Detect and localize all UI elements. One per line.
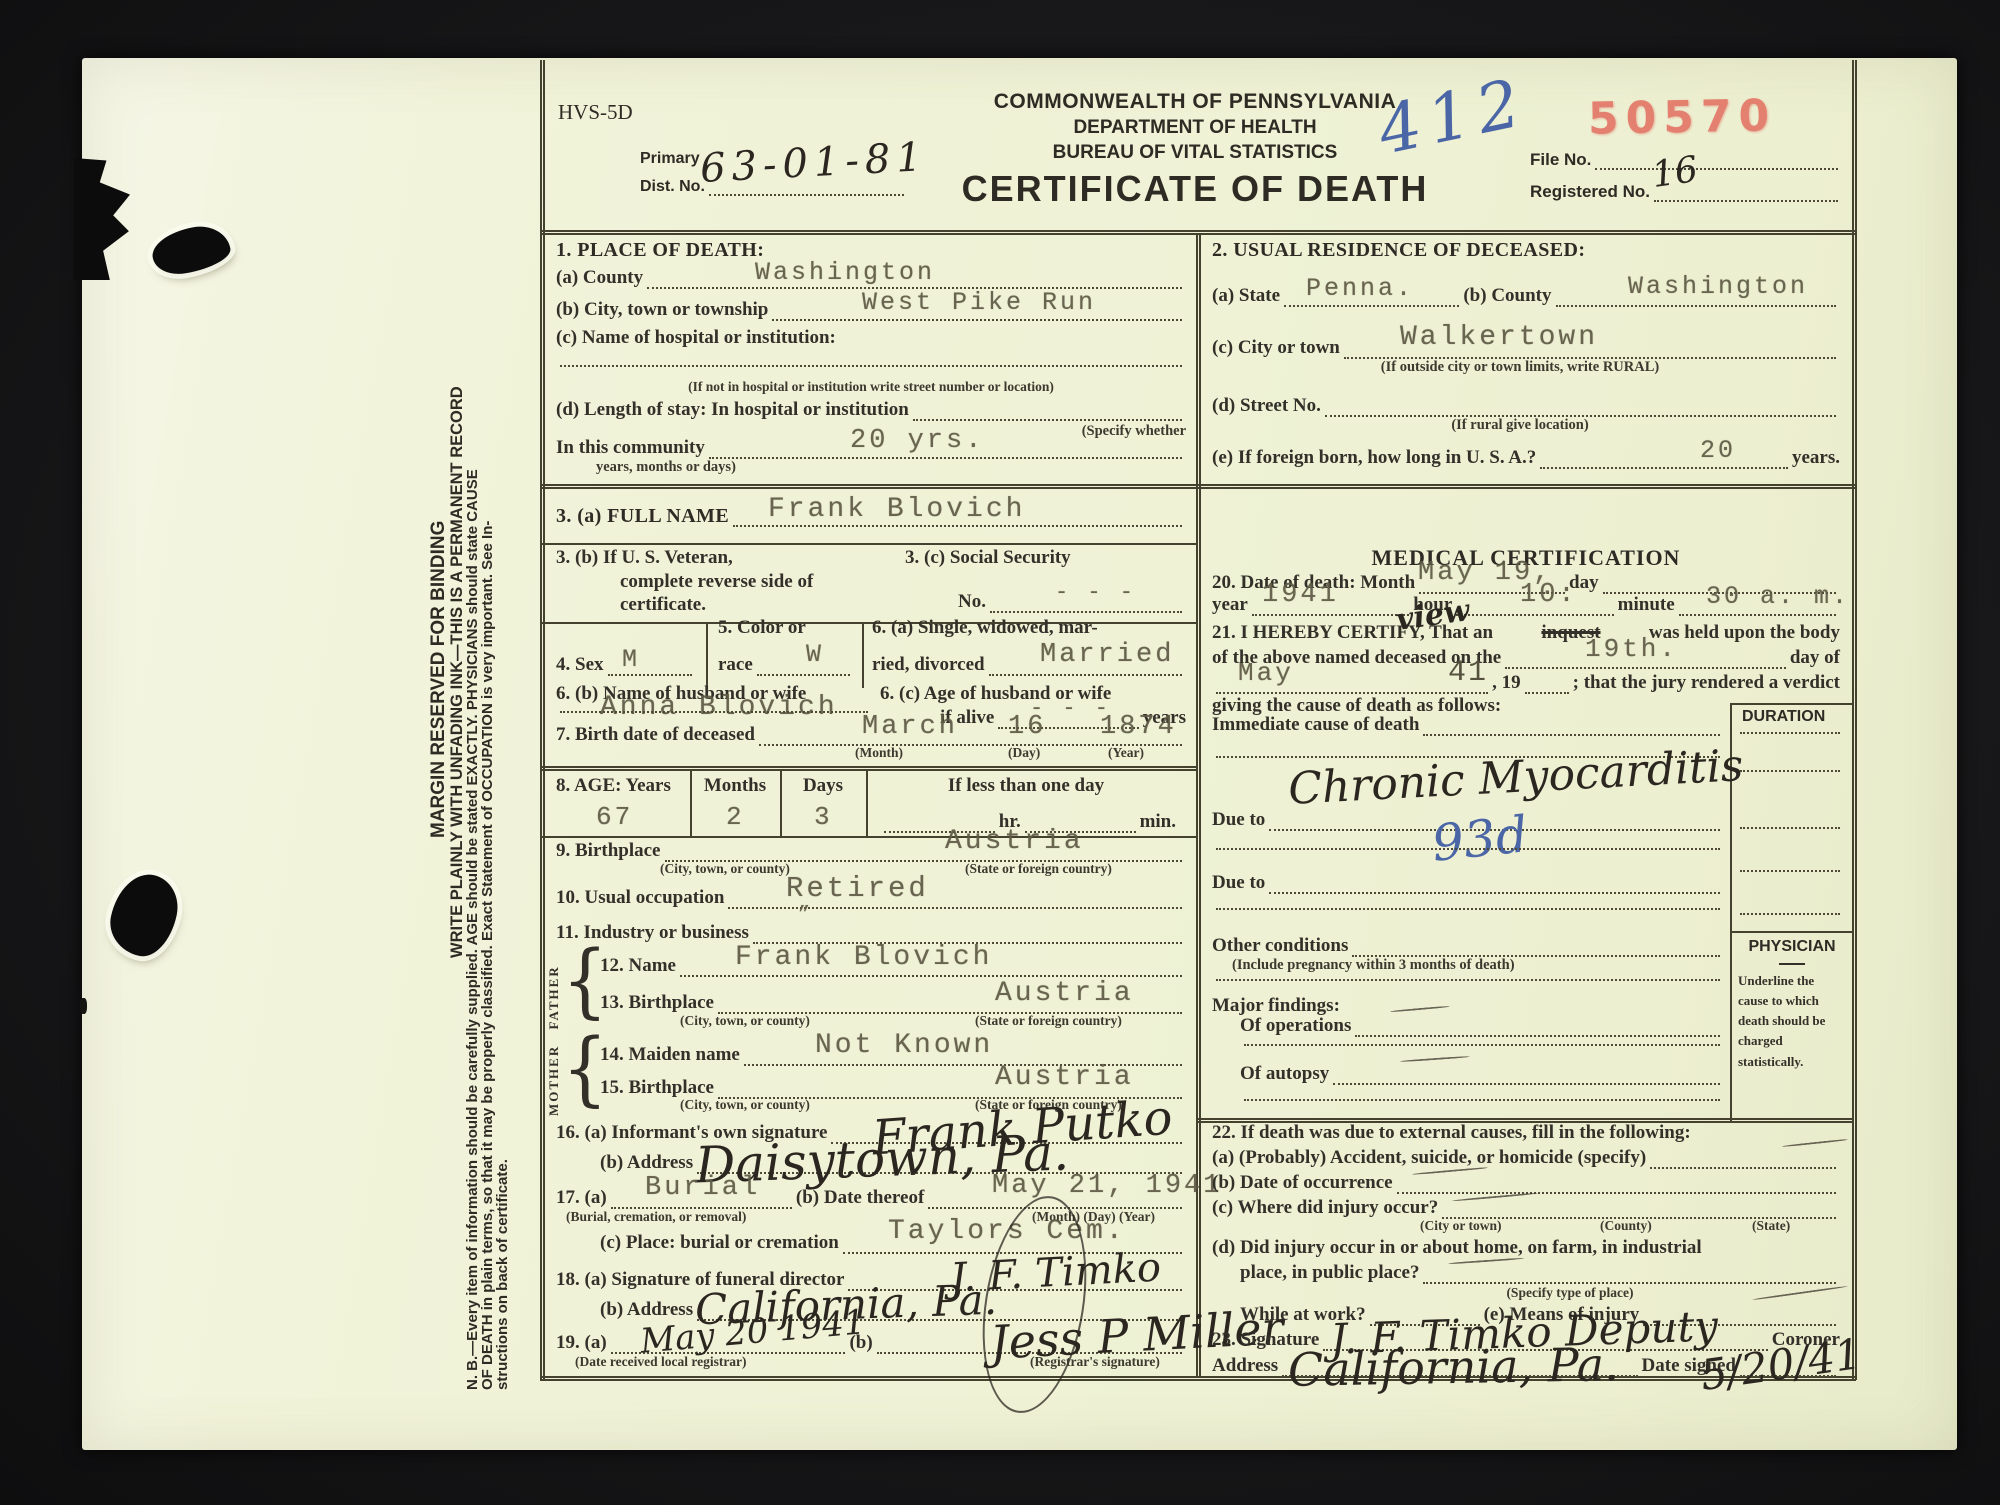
color-line: [757, 671, 850, 676]
color-row: race: [718, 655, 854, 676]
sex-line: [608, 671, 693, 676]
registered-no-label: Registered No.: [1530, 182, 1650, 202]
operations-blank-row: [1240, 1041, 1724, 1046]
birthplace-value: Austria: [945, 826, 1084, 857]
ssn-no-label: No.: [958, 592, 986, 613]
duration-dotted-1: [1740, 729, 1840, 734]
major-findings-label: Major findings:: [1212, 996, 1340, 1017]
s1-county-label: (a) County: [556, 268, 643, 289]
registered-no-value: 16: [1649, 149, 1700, 196]
coroner-address-label: Address: [1212, 1356, 1278, 1377]
other-conditions-label: Other conditions: [1212, 936, 1348, 957]
birthdate-label: 7. Birth date of deceased: [556, 725, 755, 746]
ssn-label: 3. (c) Social Security: [905, 548, 1071, 569]
fullname-rule: [540, 543, 1198, 545]
certify-text-3a: , 19: [1492, 673, 1521, 694]
mother-name-value: Not Known: [815, 1030, 993, 1061]
s2-state-label: (a) State: [1212, 286, 1280, 307]
form-right-border: [1852, 60, 1857, 1380]
color-marital-divider: [862, 624, 864, 688]
marital-label-1: 6. (a) Single, widowed, mar-: [872, 618, 1098, 639]
s1-community-label: In this community: [556, 438, 705, 459]
burial-date-value: May 21, 1941: [992, 1171, 1222, 1201]
due-to-label-2: Due to: [1212, 873, 1265, 894]
age-min-label: min.: [1140, 812, 1176, 833]
father-name-value: Frank Blovich: [735, 942, 992, 973]
s1-hospital-label: (c) Name of hospital or institution:: [556, 328, 836, 349]
external-title: 22. If death was due to external causes,…: [1212, 1123, 1691, 1144]
cause-blank-row-2: [1212, 845, 1724, 850]
registered-no-line: [1654, 197, 1838, 202]
operations-blank-line: [1244, 1041, 1720, 1046]
form-code: HVS-5D: [558, 100, 633, 125]
s1-hospital-line-row: [556, 362, 1186, 367]
autopsy-blank-row: [1240, 1096, 1724, 1101]
form-center-border: [1196, 234, 1201, 1378]
external-d-row: place, in public place?: [1240, 1263, 1840, 1284]
veteran-label-2: complete reverse side of: [620, 572, 813, 593]
sex-label: 4. Sex: [556, 655, 604, 676]
s1-city-value: West Pike Run: [862, 288, 1096, 317]
cause-blank-line-3: [1216, 905, 1720, 910]
birthdate-day: 16: [1008, 712, 1046, 742]
burial-value: Burial: [645, 1173, 760, 1203]
s1-hospital-note: (If not in hospital or institution write…: [556, 380, 1186, 395]
death-minute-label: minute: [1618, 595, 1675, 616]
father-birthplace-note-2: (State or foreign country): [975, 1014, 1122, 1029]
certify-day-line: [1505, 664, 1786, 669]
file-number-stamp: 50570: [1588, 90, 1777, 144]
coroner-address-value: California, Pa.: [1288, 1337, 1620, 1397]
death-minute-line: [1679, 611, 1836, 616]
s2-street-label: (d) Street No.: [1212, 396, 1321, 417]
birthdate-month: March: [862, 712, 958, 742]
s2-foreign-suffix: years.: [1792, 448, 1840, 469]
veteran-rule: [540, 622, 1198, 624]
external-b-line: [1397, 1189, 1836, 1194]
s2-foreign-value: 20: [1700, 436, 1736, 465]
other-blank-row: [1212, 976, 1724, 981]
margin-note-binding: MARGIN RESERVED FOR BINDING: [428, 566, 450, 838]
death-year-label: year: [1212, 595, 1248, 616]
spouse-line: [560, 708, 868, 713]
duration-dotted-3: [1740, 824, 1840, 829]
ssn-line: [990, 608, 1182, 613]
edge-mark: [80, 998, 87, 1014]
other-conditions-row: Other conditions: [1212, 936, 1724, 957]
other-conditions-line: [1352, 952, 1720, 957]
burial-place-label: (c) Place: burial or cremation: [600, 1233, 839, 1254]
s2-county-value: Washington: [1628, 272, 1808, 301]
autopsy-row: Of autopsy: [1240, 1064, 1724, 1085]
external-b-label: (b) Date of occurrence: [1212, 1173, 1393, 1194]
other-blank-line: [1216, 976, 1720, 981]
spouse-line-row: [556, 708, 872, 713]
mother-birthplace-note-1: (City, town, or county): [680, 1098, 810, 1113]
burial-date-label: (b) Date thereof: [796, 1188, 924, 1209]
age-months-value: 2: [726, 802, 745, 832]
death-hour-line: [1456, 611, 1613, 616]
s2-street-note: (If rural give location): [1300, 418, 1740, 434]
s1-community-note: years, months or days): [596, 460, 736, 476]
father-birthplace-value: Austria: [995, 978, 1134, 1009]
s1-stay-row: (d) Length of stay: In hospital or insti…: [556, 400, 1186, 421]
external-c-note-2: (County): [1600, 1219, 1652, 1234]
s1-hospital-line: [560, 362, 1182, 367]
fullname-value: Frank Blovich: [768, 494, 1025, 525]
certify-month-value: May: [1238, 658, 1294, 688]
dist-no-line: [709, 191, 904, 196]
external-a-row: (a) (Probably) Accident, suicide, or hom…: [1212, 1148, 1840, 1169]
external-d-label-2: place, in public place?: [1240, 1263, 1419, 1284]
father-birthplace-note-1: (City, town, or county): [680, 1014, 810, 1029]
autopsy-label: Of autopsy: [1240, 1064, 1329, 1085]
color-label-1: 5. Color or: [718, 618, 806, 639]
physician-box: PHYSICIAN Underline the cause to which d…: [1738, 938, 1846, 1072]
certify-year-value: 41: [1448, 656, 1488, 690]
father-name-label: 12. Name: [600, 956, 676, 977]
external-c-note-3: (State): [1752, 1219, 1790, 1234]
registrar-date-note: (Date received local registrar): [575, 1355, 747, 1370]
external-a-label: (a) (Probably) Accident, suicide, or hom…: [1212, 1148, 1646, 1169]
external-d-label-1: (d) Did injury occur in or about home, o…: [1212, 1238, 1702, 1259]
registrar-sig-note: (Registrar's signature): [1030, 1355, 1160, 1370]
duration-label: DURATION: [1742, 708, 1825, 726]
duration-dotted-2: [1740, 767, 1840, 772]
certify-day-value: 19th.: [1585, 634, 1678, 664]
autopsy-blank-line: [1244, 1096, 1720, 1101]
occupation-label: 10. Usual occupation: [556, 888, 724, 909]
s2-foreign-line: [1540, 464, 1788, 469]
s2-county-line: [1556, 302, 1836, 307]
external-a-line: [1650, 1164, 1836, 1169]
veteran-label-1: 3. (b) If U. S. Veteran,: [556, 548, 733, 569]
death-certificate-scan: MARGIN RESERVED FOR BINDING WRITE PLAINL…: [0, 0, 2000, 1505]
birthdate-rule: [540, 766, 1198, 771]
header-rule: [540, 230, 1856, 235]
certificate-title: CERTIFICATE OF DEATH: [900, 168, 1490, 210]
duration-top-rule: [1730, 703, 1852, 705]
due-to-line-2: [1269, 889, 1720, 894]
certify-line-1: 21. I HEREBY CERTIFY, That an inquest wa…: [1212, 623, 1840, 644]
due-to-row-2: Due to: [1212, 873, 1724, 894]
physician-note: Underline the cause to which death shoul…: [1738, 971, 1846, 1072]
birthplace-note-2: (State or foreign country): [965, 862, 1112, 877]
s2-title: 2. USUAL RESIDENCE OF DECEASED:: [1212, 240, 1585, 261]
death-year-value: 1941: [1262, 580, 1339, 610]
informant-address-label: (b) Address: [600, 1153, 693, 1174]
margin-note-nb3: structions on back of certificate.: [494, 1060, 511, 1390]
s1-title: 1. PLACE OF DEATH:: [556, 240, 764, 261]
age-days-value: 3: [814, 802, 833, 832]
birthdate-note-month: (Month): [855, 746, 903, 761]
external-b-row: (b) Date of occurrence: [1212, 1173, 1840, 1194]
ssn-value: - - -: [1055, 580, 1136, 605]
external-d-line: [1423, 1279, 1836, 1284]
birthdate-note-year: (Year): [1108, 746, 1144, 761]
duration-dotted-4: [1740, 867, 1840, 872]
due-to-label-1: Due to: [1212, 810, 1265, 831]
age-label: 8. AGE: Years: [556, 776, 671, 797]
other-conditions-note: (Include pregnancy within 3 months of de…: [1232, 958, 1515, 974]
bottom-rule: [540, 1376, 1856, 1381]
burial-note: (Burial, cremation, or removal): [566, 1210, 746, 1225]
physician-dash: [1779, 963, 1805, 965]
primary-label: Primary: [640, 150, 700, 168]
mother-birthplace-label: 15. Birthplace: [600, 1078, 714, 1099]
sex-value: M: [622, 645, 640, 674]
immediate-cause-row: Immediate cause of death: [1212, 715, 1724, 736]
s1-county-value: Washington: [755, 258, 935, 287]
death-minute-value: 30 a. m.: [1706, 582, 1850, 611]
color-value: W: [806, 640, 824, 669]
operations-line: [1355, 1032, 1720, 1037]
cause-blank-line-2: [1216, 845, 1720, 850]
s2-state-value: Penna.: [1306, 274, 1414, 303]
file-no-line: [1595, 165, 1838, 170]
s2-foreign-row: (e) If foreign born, how long in U. S. A…: [1212, 448, 1840, 469]
external-d-note: (Specify type of place): [1440, 1286, 1700, 1301]
marital-value: Married: [1040, 640, 1174, 670]
burial-label: 17. (a): [556, 1188, 607, 1209]
s2-city-label: (c) City or town: [1212, 338, 1340, 359]
s2-foreign-label: (e) If foreign born, how long in U. S. A…: [1212, 448, 1536, 469]
birthdate-note-day: (Day): [1008, 746, 1040, 761]
marital-label-2: ried, divorced: [872, 655, 985, 676]
operations-row: Of operations: [1240, 1016, 1724, 1037]
sex-color-divider: [706, 624, 708, 688]
physician-title: PHYSICIAN: [1738, 938, 1846, 956]
file-no-label: File No.: [1530, 150, 1591, 170]
s1-stay-label: (d) Length of stay: In hospital or insti…: [556, 400, 909, 421]
certify-line-2: of the above named deceased on the day o…: [1212, 648, 1840, 669]
s1-city-label: (b) City, town or township: [556, 300, 768, 321]
duration-dotted-5: [1740, 910, 1840, 915]
s1-stay-line: [913, 416, 1182, 421]
mother-birthplace-value: Austria: [995, 1062, 1134, 1093]
s2-city-value: Walkertown: [1400, 322, 1598, 353]
death-year-line: [1252, 611, 1409, 616]
certify-line-3: , 19 ; that the jury rendered a verdict: [1212, 673, 1840, 694]
birthplace-label: 9. Birthplace: [556, 841, 661, 862]
industry-row: 11. Industry or business: [556, 923, 1186, 944]
s2-city-line: [1344, 354, 1836, 359]
s2-street-line: [1325, 412, 1836, 417]
form-left-border: [540, 60, 545, 1380]
external-c-row: (c) Where did injury occur?: [1212, 1198, 1840, 1219]
s1-community-value: 20 yrs.: [850, 426, 984, 456]
color-label-2: race: [718, 655, 753, 676]
occupation-value: Retired: [786, 872, 929, 905]
birthplace-note-1: (City, town, or county): [660, 862, 790, 877]
age-months-label: Months: [690, 776, 780, 797]
dist-no-label: Dist. No.: [640, 178, 705, 196]
veteran-label-3: certificate.: [620, 595, 706, 616]
immediate-cause-line: [1423, 731, 1720, 736]
age-rule: [540, 836, 1198, 838]
certify-text-2b: day of: [1790, 648, 1840, 669]
certify-text-3b: ; that the jury rendered a verdict: [1573, 673, 1840, 694]
due-to-value-1: 93d: [1429, 805, 1530, 873]
death-hour-value: 10:: [1520, 580, 1578, 610]
marital-line: [989, 671, 1182, 676]
operations-label: Of operations: [1240, 1016, 1351, 1037]
father-birthplace-label: 13. Birthplace: [600, 993, 714, 1014]
birthdate-year: 1874: [1100, 712, 1177, 742]
birthplace-row: 9. Birthplace: [556, 841, 1186, 862]
age-less-label: If less than one day: [866, 776, 1186, 797]
s2-street-row: (d) Street No.: [1212, 396, 1840, 417]
rowA-rule: [540, 484, 1856, 489]
certify-year-line: [1525, 689, 1569, 694]
age-days-label: Days: [780, 776, 866, 797]
fullname-label: 3. (a) FULL NAME: [556, 506, 729, 527]
cause-blank-row-3: [1212, 905, 1724, 910]
s2-city-note: (If outside city or town limits, write R…: [1280, 360, 1760, 376]
external-c-note-1: (City or town): [1420, 1219, 1502, 1234]
burial-line: [611, 1204, 792, 1209]
mother-father-label: MOTHER FATHER: [546, 944, 562, 1116]
age-years-value: 67: [596, 802, 633, 832]
s2-county-label: (b) County: [1463, 286, 1551, 307]
registrar-date-label: 19. (a): [556, 1333, 607, 1354]
immediate-cause-label: Immediate cause of death: [1212, 715, 1419, 736]
physician-top-rule: [1730, 931, 1852, 933]
external-c-label: (c) Where did injury occur?: [1212, 1198, 1438, 1219]
autopsy-line: [1333, 1080, 1720, 1085]
mother-name-label: 14. Maiden name: [600, 1045, 740, 1066]
